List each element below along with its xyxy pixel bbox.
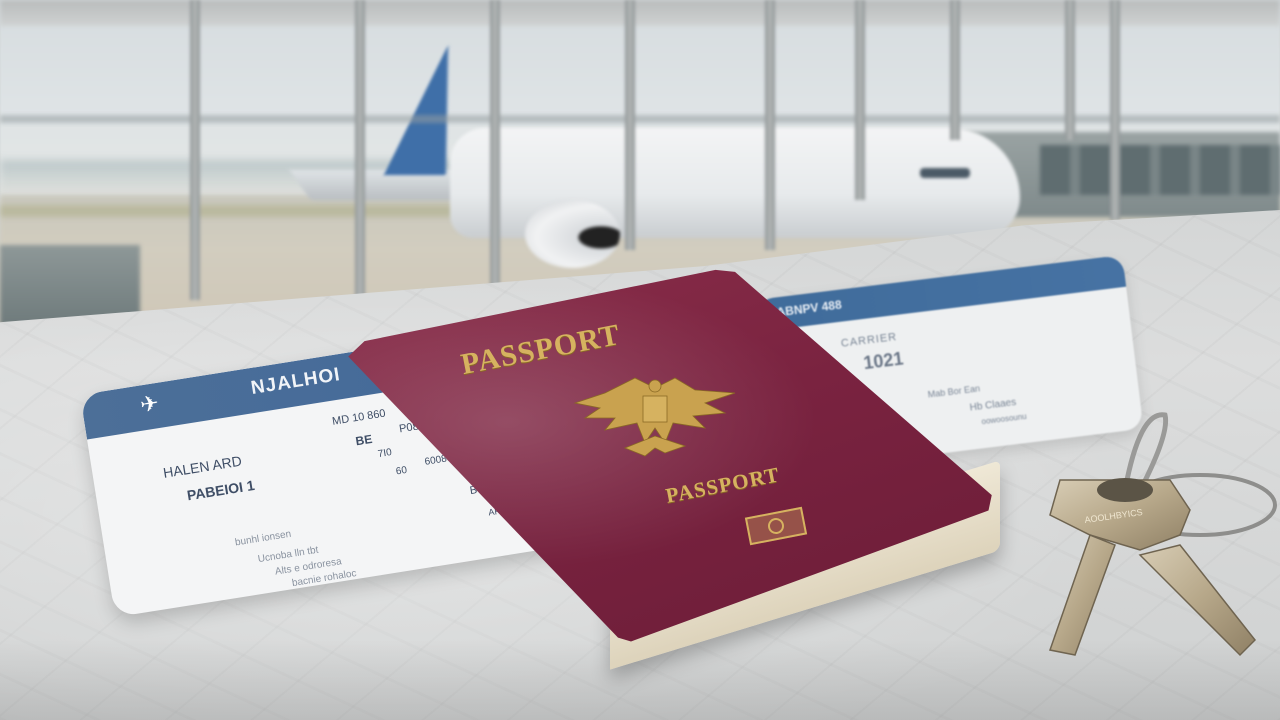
jet-bridge-windows <box>1040 145 1280 195</box>
window-mullion <box>1065 0 1075 140</box>
key-icon: AOOLHBYICS <box>1030 405 1280 665</box>
window-mullion <box>855 0 865 200</box>
window-mullion <box>190 0 200 300</box>
window-mullion <box>765 0 775 250</box>
passport: PASSPORT PASSPORT <box>345 268 995 653</box>
passenger-id: PABEIOI 1 <box>186 477 256 503</box>
window-mullion <box>625 0 635 250</box>
window-mullion <box>950 0 960 140</box>
airline-logo-icon: ✈ <box>139 391 161 419</box>
airplane-cockpit <box>920 168 970 178</box>
window-mullion <box>355 0 365 300</box>
window-mullion <box>490 0 500 300</box>
airplane-engine <box>525 200 620 268</box>
passenger-name: HALEN ARD <box>162 453 243 481</box>
photo-scene: ABNPV 488 CARRIER 1021 Mab Bor Ean Hb Cl… <box>0 0 1280 720</box>
window-mullion <box>1110 0 1120 220</box>
eagle-emblem-icon <box>565 368 745 468</box>
boarding-pass-text: bunhl ionsen <box>234 529 292 549</box>
